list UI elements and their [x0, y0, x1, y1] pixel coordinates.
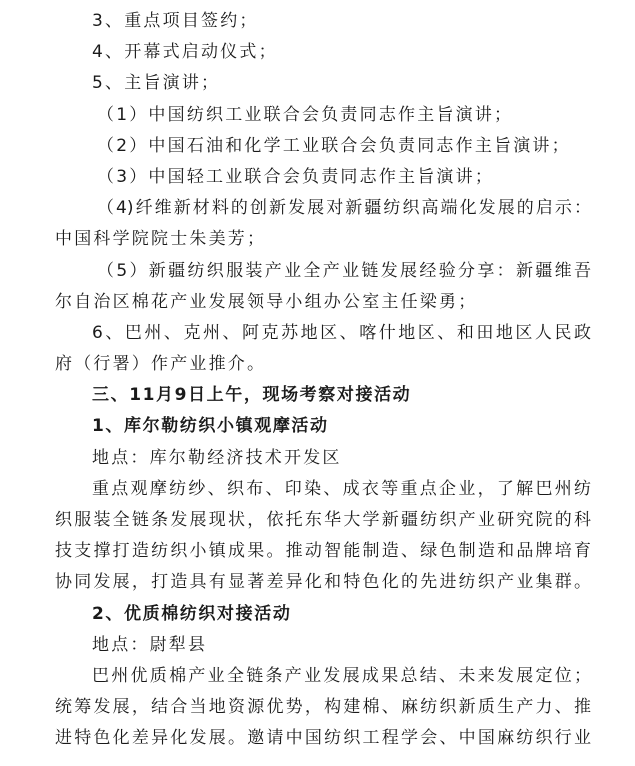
document-body: 3、重点项目签约；4、开幕式启动仪式；5、主旨演讲；（1）中国纺织工业联合会负责…: [55, 6, 591, 755]
text-line: （2）中国石油和化学工业联合会负责同志作主旨演讲；: [55, 131, 591, 162]
text-line: （1）中国纺织工业联合会负责同志作主旨演讲；: [55, 100, 591, 131]
text-line: 技支撑打造纺织小镇成果。推动智能制造、绿色制造和品牌培育: [55, 536, 591, 567]
text-line: 统筹发展，结合当地资源优势，构建棉、麻纺织新质生产力、推: [55, 692, 591, 723]
section-heading: 1、库尔勒纺织小镇观摩活动: [55, 411, 591, 442]
text-line: （5）新疆纺织服装产业全产业链发展经验分享：新疆维吾: [55, 256, 591, 287]
text-line: 协同发展，打造具有显著差异化和特色化的先进纺织产业集群。: [55, 567, 591, 598]
text-line: （4)纤维新材料的创新发展对新疆纺织高端化发展的启示：: [55, 193, 591, 224]
text-line: 尔自治区棉花产业发展领导小组办公室主任梁勇；: [55, 287, 591, 318]
text-line: 织服装全链条发展现状，依托东华大学新疆纺织产业研究院的科: [55, 505, 591, 536]
text-line: 府（行署）作产业推介。: [55, 349, 591, 380]
text-line: 6、巴州、克州、阿克苏地区、喀什地区、和田地区人民政: [55, 318, 591, 349]
section-heading: 三、11月9日上午，现场考察对接活动: [55, 380, 591, 411]
text-line: 进特色化差异化发展。邀请中国纺织工程学会、中国麻纺织行业: [55, 723, 591, 754]
text-line: （3）中国轻工业联合会负责同志作主旨演讲；: [55, 162, 591, 193]
text-line: 巴州优质棉产业全链条产业发展成果总结、未来发展定位；: [55, 661, 591, 692]
text-line: 中国科学院院士朱美芳；: [55, 224, 591, 255]
text-line: 5、主旨演讲；: [55, 68, 591, 99]
text-line: 重点观摩纺纱、织布、印染、成衣等重点企业，了解巴州纺: [55, 474, 591, 505]
text-line: 地点：库尔勒经济技术开发区: [55, 443, 591, 474]
section-heading: 2、优质棉纺织对接活动: [55, 599, 591, 630]
text-line: 3、重点项目签约；: [55, 6, 591, 37]
text-line: 4、开幕式启动仪式；: [55, 37, 591, 68]
text-line: 地点：尉犁县: [55, 630, 591, 661]
